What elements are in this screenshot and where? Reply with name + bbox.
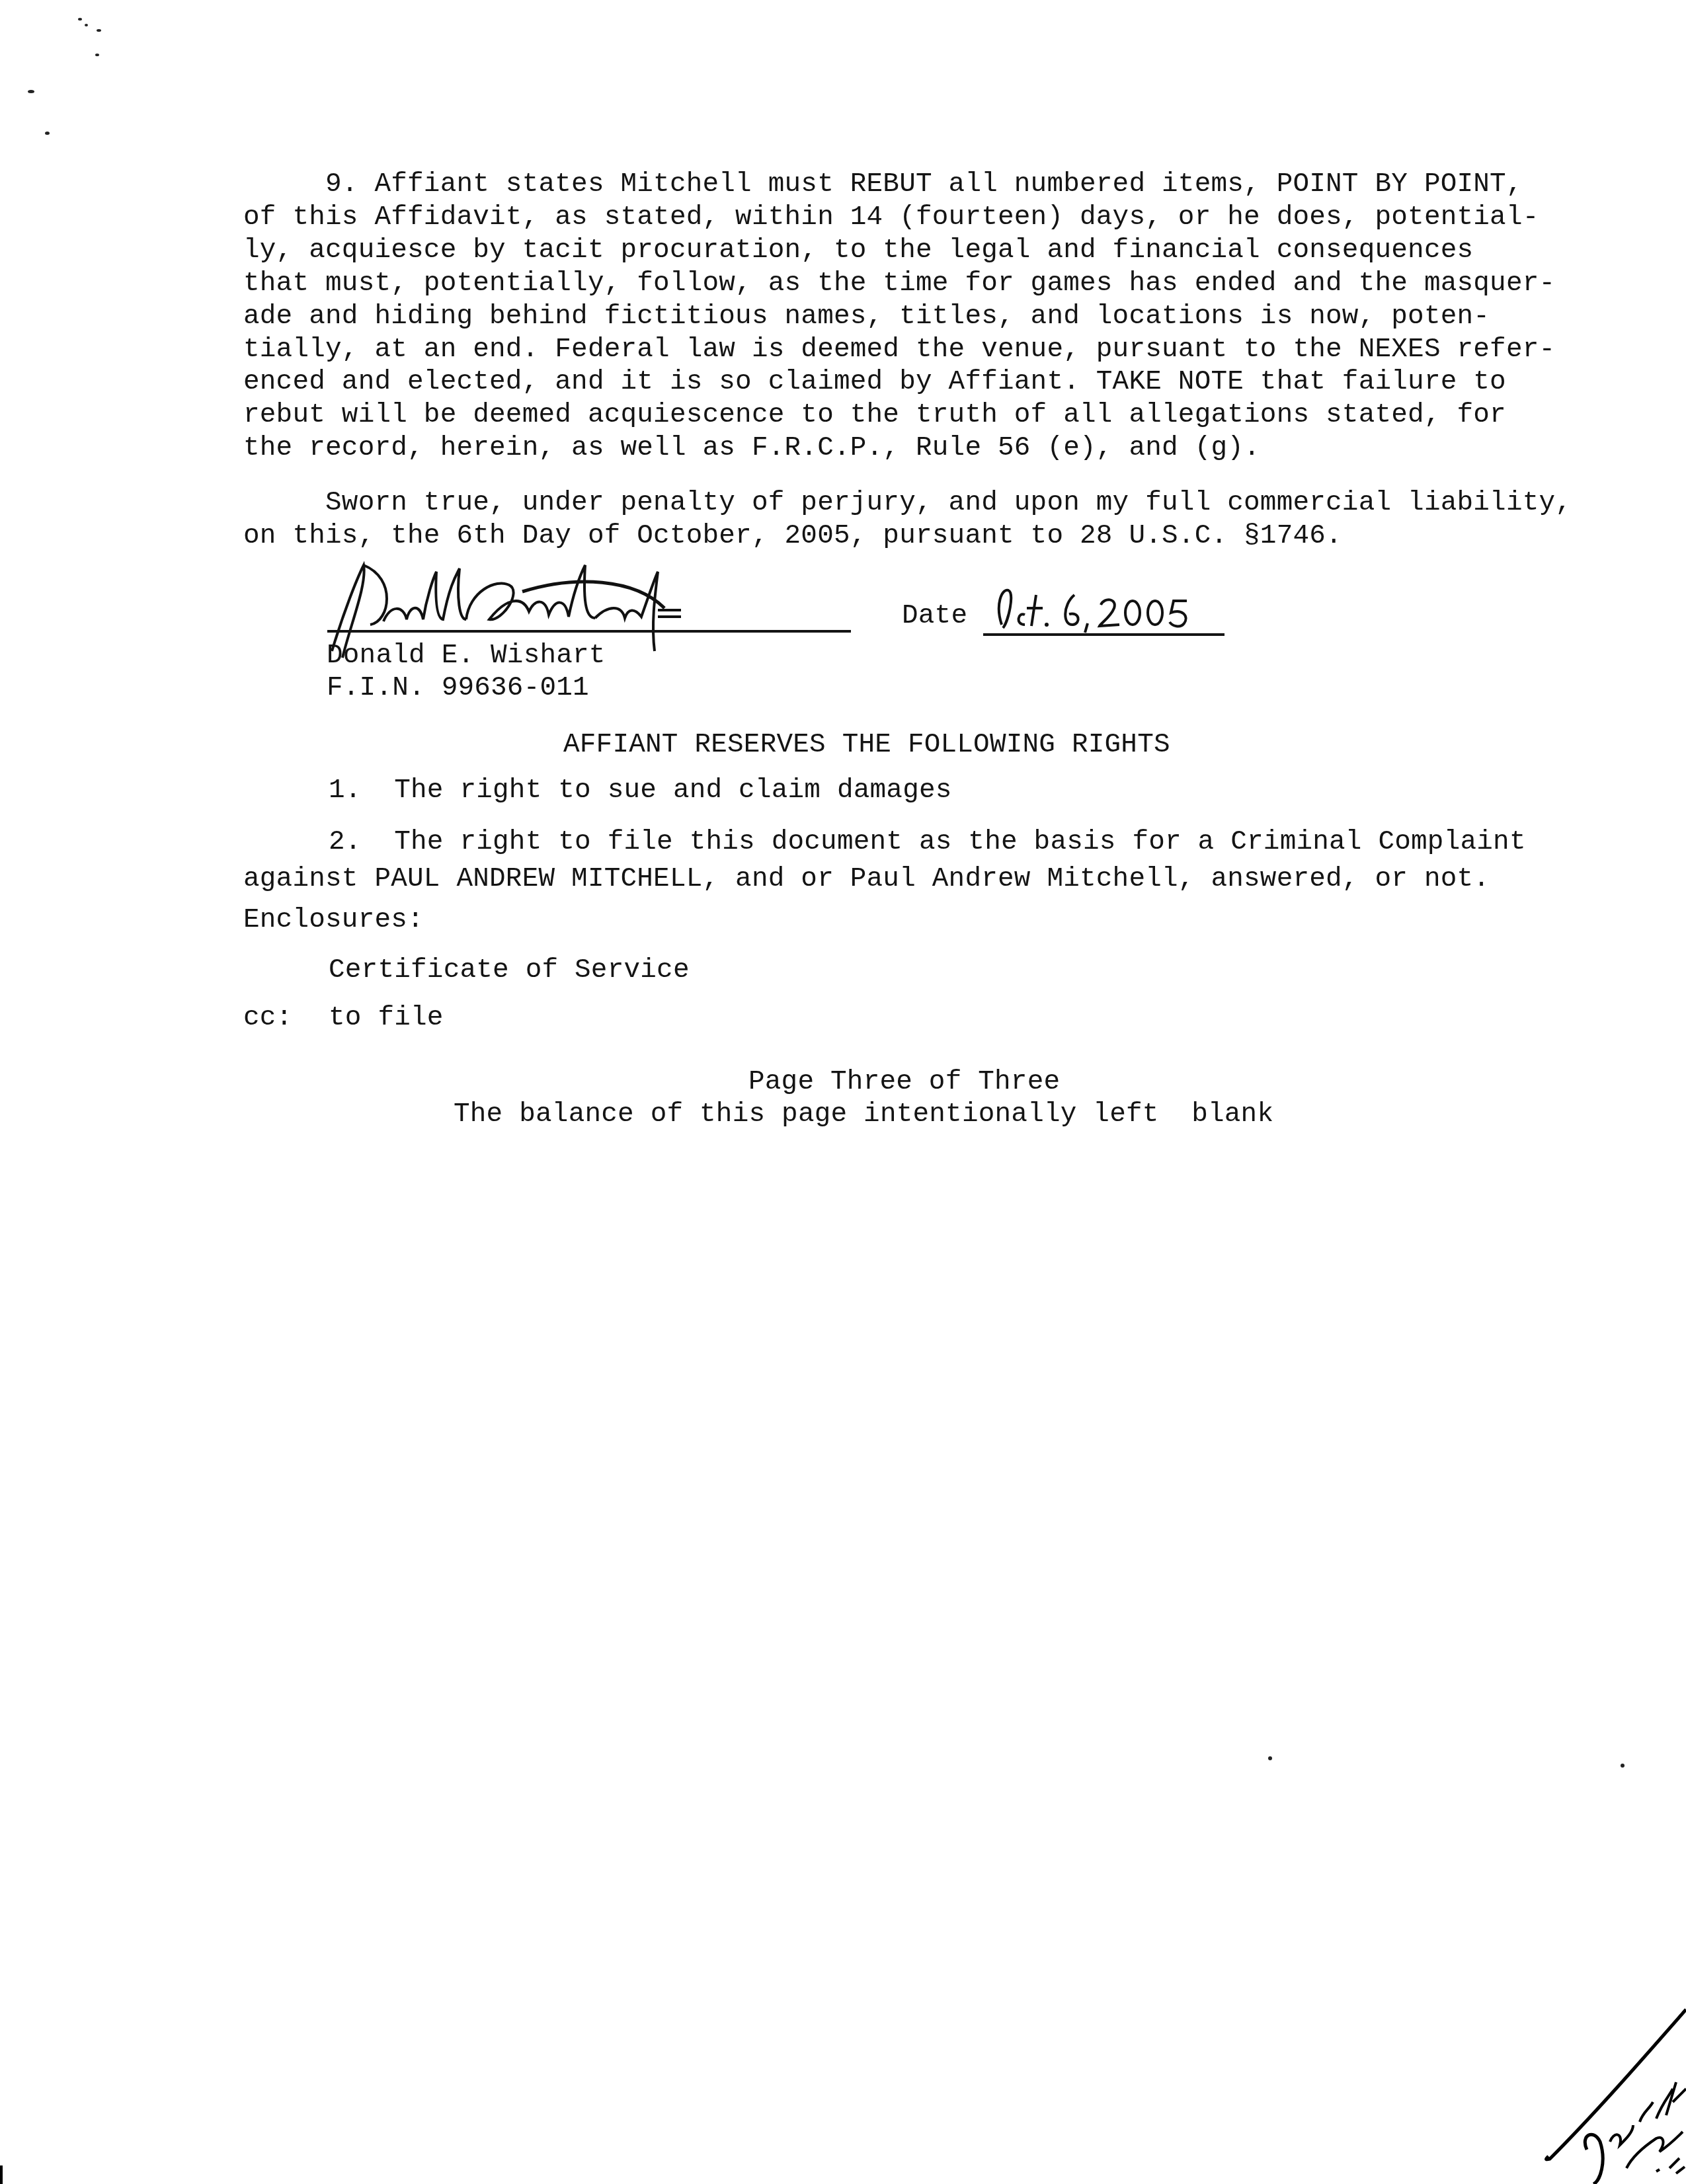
page-number: Page Three of Three bbox=[748, 1066, 1060, 1099]
scan-speck bbox=[45, 132, 50, 135]
handwritten-date bbox=[988, 585, 1226, 638]
paragraph-9-line: ade and hiding behind fictitious names, … bbox=[243, 300, 1490, 333]
paragraph-9-line: tially, at an end. Federal law is deemed… bbox=[243, 333, 1555, 366]
scan-speck bbox=[1268, 1756, 1272, 1760]
sworn-statement-line: Sworn true, under penalty of perjury, an… bbox=[243, 487, 1572, 520]
paragraph-9-line: rebut will be deemed acquiescence to the… bbox=[243, 399, 1506, 432]
cc-value: to file bbox=[329, 1001, 444, 1034]
document-page: 9. Affiant states Mitchell must REBUT al… bbox=[0, 0, 1686, 2184]
fin-number: F.I.N. 99636-011 bbox=[327, 672, 589, 705]
date-line bbox=[983, 633, 1224, 636]
scan-speck bbox=[97, 29, 101, 32]
paragraph-9-line: that must, potentially, follow, as the t… bbox=[243, 267, 1555, 300]
signature-line bbox=[327, 630, 851, 633]
date-label: Date bbox=[902, 600, 967, 633]
paragraph-9-line: 9. Affiant states Mitchell must REBUT al… bbox=[243, 168, 1523, 201]
paragraph-9-line: of this Affidavit, as stated, within 14 … bbox=[243, 201, 1539, 234]
scan-speck bbox=[28, 90, 34, 93]
rights-item-2-line-1: 2. The right to file this document as th… bbox=[329, 826, 1526, 859]
rights-heading: AFFIANT RESERVES THE FOLLOWING RIGHTS bbox=[563, 728, 1170, 761]
blank-page-note: The balance of this page intentionally l… bbox=[454, 1098, 1273, 1131]
printed-name: Donald E. Wishart bbox=[327, 639, 606, 672]
margin-annotation bbox=[1541, 2003, 1686, 2184]
scan-speck bbox=[1621, 1764, 1625, 1768]
paragraph-9-line: ly, acquiesce by tacit procuration, to t… bbox=[243, 234, 1473, 267]
sworn-statement-line: on this, the 6th Day of October, 2005, p… bbox=[243, 520, 1342, 553]
scan-speck bbox=[85, 24, 88, 26]
cc-label: cc: bbox=[243, 1001, 292, 1034]
scan-edge-mark bbox=[0, 2165, 3, 2184]
paragraph-9-line: the record, herein, as well as F.R.C.P.,… bbox=[243, 432, 1260, 465]
rights-item-2-line-2: against PAUL ANDREW MITCHELL, and or Pau… bbox=[243, 863, 1490, 896]
scan-speck bbox=[78, 18, 82, 20]
rights-item-1: 1. The right to sue and claim damages bbox=[329, 774, 952, 807]
scan-speck bbox=[95, 54, 99, 56]
enclosures-label: Enclosures: bbox=[243, 904, 424, 937]
paragraph-9-line: enced and elected, and it is so claimed … bbox=[243, 366, 1506, 399]
enclosure-item: Certificate of Service bbox=[329, 954, 690, 987]
